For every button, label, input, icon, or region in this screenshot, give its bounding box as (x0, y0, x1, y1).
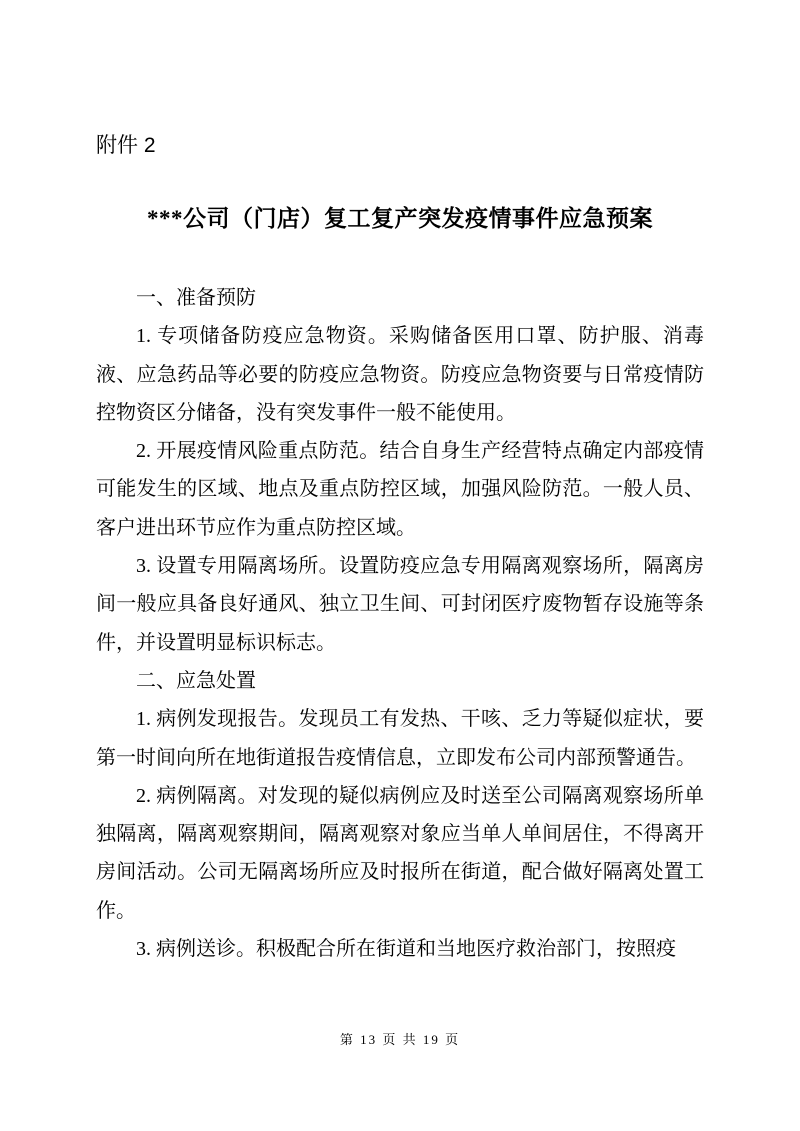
section-heading-2: 二、应急处置 (96, 662, 704, 700)
paragraph-1-2: 2. 开展疫情风险重点防范。结合自身生产经营特点确定内部疫情可能发生的区域、地点… (96, 432, 704, 547)
page-footer: 第 13 页 共 19 页 (0, 1032, 800, 1048)
paragraph-1-3: 3. 设置专用隔离场所。设置防疫应急专用隔离观察场所，隔离房间一般应具备良好通风… (96, 547, 704, 662)
page-number-text: 第 13 页 共 19 页 (340, 1032, 460, 1047)
document-title: ***公司（门店）复工复产突发疫情事件应急预案 (96, 204, 704, 234)
document-body: 一、准备预防 1. 专项储备防疫应急物资。采购储备医用口罩、防护服、消毒液、应急… (96, 279, 704, 968)
paragraph-2-1: 1. 病例发现报告。发现员工有发热、干咳、乏力等疑似症状，要第一时间向所在地街道… (96, 700, 704, 777)
document-content: 附件 2 ***公司（门店）复工复产突发疫情事件应急预案 一、准备预防 1. 专… (96, 0, 704, 968)
section-heading-1: 一、准备预防 (96, 279, 704, 317)
document-page: 附件 2 ***公司（门店）复工复产突发疫情事件应急预案 一、准备预防 1. 专… (0, 0, 800, 1131)
paragraph-1-1: 1. 专项储备防疫应急物资。采购储备医用口罩、防护服、消毒液、应急药品等必要的防… (96, 317, 704, 432)
paragraph-2-3: 3. 病例送诊。积极配合所在街道和当地医疗救治部门，按照疫 (96, 930, 704, 968)
attachment-label: 附件 2 (96, 132, 704, 160)
paragraph-2-2: 2. 病例隔离。对发现的疑似病例应及时送至公司隔离观察场所单独隔离，隔离观察期间… (96, 777, 704, 930)
